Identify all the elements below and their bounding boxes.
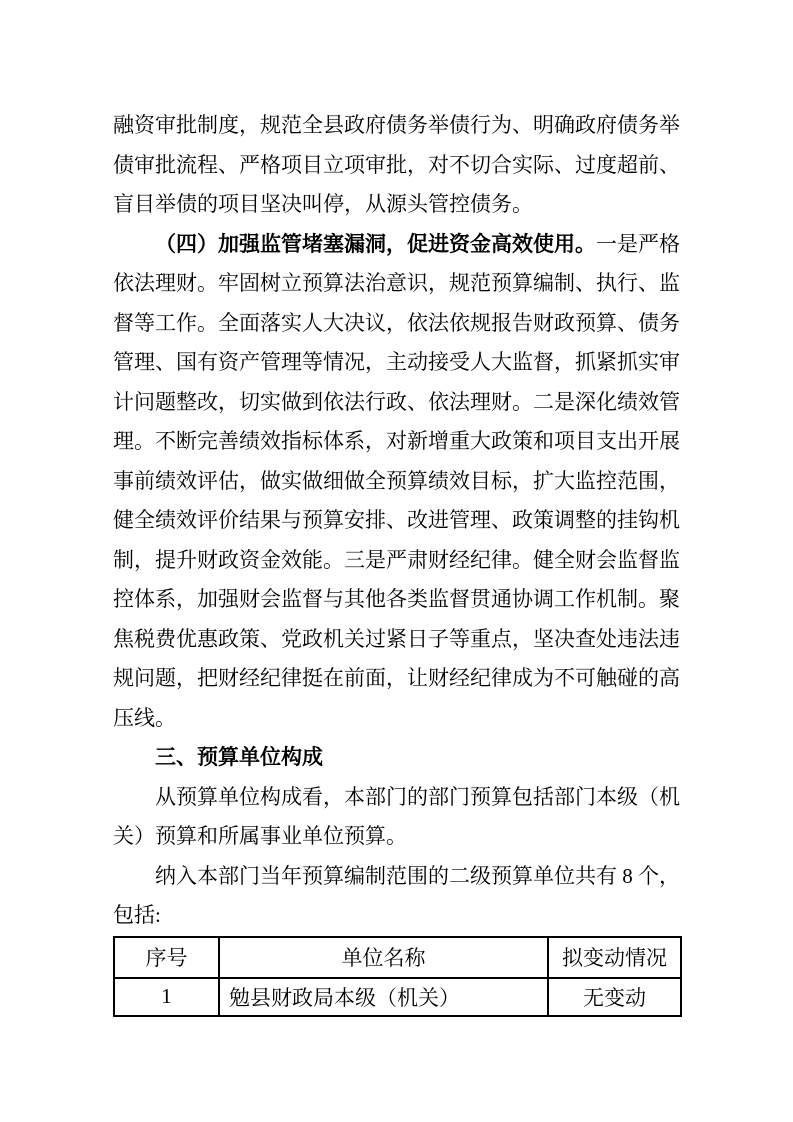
paragraph-1-text: 融资审批制度，规范全县政府债务举债行为、明确政府债务举债审批流程、严格项目立项审… [113,113,680,216]
table-header-seq: 序号 [114,937,219,978]
document-content: 融资审批制度，规范全县政府债务举债行为、明确政府债务举债审批流程、严格项目立项审… [113,106,680,1017]
section-4-heading-run: （四）加强监管堵塞漏洞，促进资金高效使用。 [155,233,596,256]
paragraph-4-text: 纳入本部门当年预算编制范围的二级预算单位共有 8 个，包括: [113,864,680,928]
table-header-change: 拟变动情况 [548,937,681,978]
table-cell-unit-name: 勉县财政局本级（机关） [219,978,548,1016]
table-row: 1 勉县财政局本级（机关） 无变动 [114,978,681,1016]
paragraph-unit-count: 纳入本部门当年预算编制范围的二级预算单位共有 8 个，包括: [113,857,680,936]
paragraph-section-4: （四）加强监管堵塞漏洞，促进资金高效使用。一是严格依法理财。牢固树立预算法治意识… [113,225,680,739]
paragraph-continuation: 融资审批制度，规范全县政府债务举债行为、明确政府债务举债审批流程、严格项目立项审… [113,106,680,225]
section-3-heading: 三、预算单位构成 [113,738,680,778]
table-cell-seq: 1 [114,978,219,1016]
paragraph-3-text: 从预算单位构成看，本部门的部门预算包括部门本级（机关）预算和所属事业单位预算。 [113,785,680,849]
budget-units-table: 序号 单位名称 拟变动情况 1 勉县财政局本级（机关） 无变动 [113,936,682,1017]
section-4-body-text: 一是严格依法理财。牢固树立预算法治意识，规范预算编制、执行、监督等工作。全面落实… [113,232,680,730]
paragraph-unit-composition: 从预算单位构成看，本部门的部门预算包括部门本级（机关）预算和所属事业单位预算。 [113,778,680,857]
table-header-row: 序号 单位名称 拟变动情况 [114,937,681,978]
document-page: 融资审批制度，规范全县政府债务举债行为、明确政府债务举债审批流程、严格项目立项审… [0,0,793,1122]
table-cell-change: 无变动 [548,978,681,1016]
table-header-unit-name: 单位名称 [219,937,548,978]
